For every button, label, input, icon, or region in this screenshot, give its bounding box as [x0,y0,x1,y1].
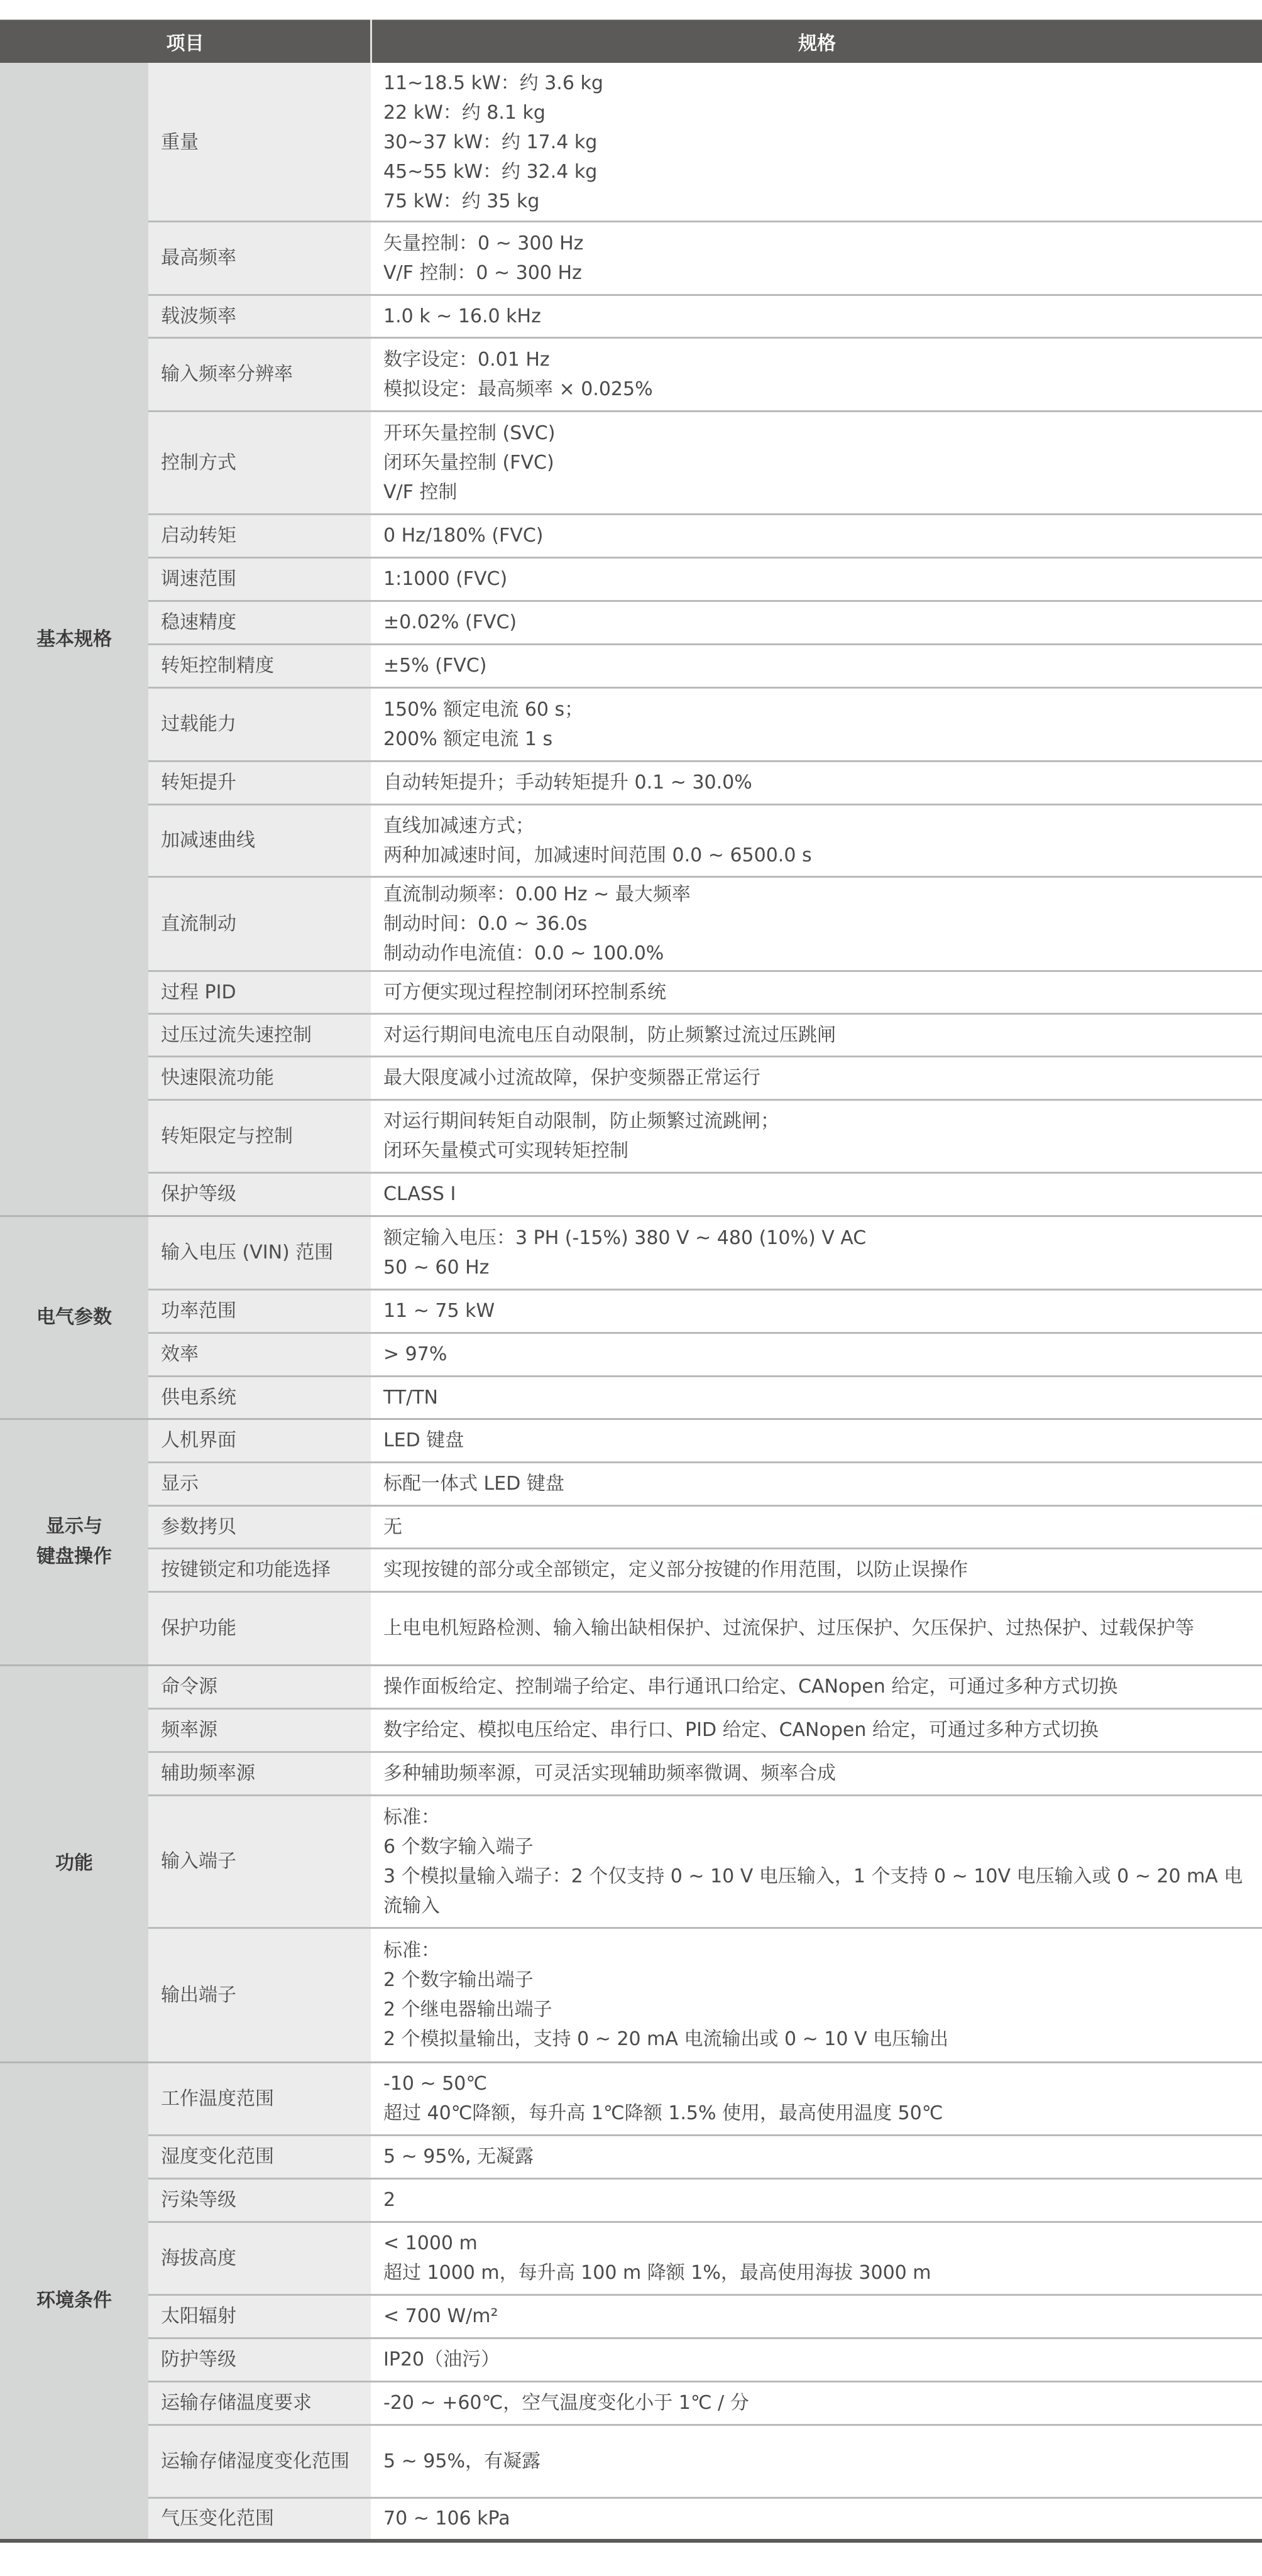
row-value: 11 ~ 75 kW [371,1289,1262,1333]
table-row: 输入电压 (VIN) 范围额定输入电压：3 PH (-15%) 380 V ~ … [148,1216,1262,1289]
row-value: ±0.02% (FVC) [371,601,1262,644]
row-label-text: 调速范围 [161,564,236,594]
row-label: 输入端子 [148,1795,371,1928]
row-value: LED 键盘 [371,1419,1262,1462]
row-label: 功率范围 [148,1289,371,1333]
row-label: 调速范围 [148,557,371,601]
table-row: 保护等级CLASS I [148,1172,1262,1216]
row-label-text: 海拔高度 [161,2244,236,2273]
table-row: 防护等级IP20（油污） [148,2338,1262,2381]
value-line: 75 kW：约 35 kg [383,187,1254,216]
row-value: 70 ~ 106 kPa [371,2497,1262,2539]
row-label: 输入频率分辨率 [148,337,371,411]
row-label-text: 转矩控制精度 [161,651,274,680]
row-label-text: 保护等级 [161,1179,236,1209]
row-value: 直流制动频率：0.00 Hz ~ 最大频率制动时间：0.0 ~ 36.0s制动动… [371,876,1262,971]
row-value: 对运行期间电流电压自动限制，防止频繁过流过压跳闸 [371,1013,1262,1056]
row-value: 额定输入电压：3 PH (-15%) 380 V ~ 480 (10%) V A… [371,1216,1262,1289]
value-line: 对运行期间电流电压自动限制，防止频繁过流过压跳闸 [383,1020,1254,1050]
value-line: 1:1000 (FVC) [383,564,1254,594]
table-row: 转矩限定与控制对运行期间转矩自动限制，防止频繁过流跳闸；闭环矢量模式可实现转矩控… [148,1100,1262,1172]
row-value: < 700 W/m² [371,2295,1262,2338]
row-label-text: 功率范围 [161,1296,236,1326]
table-row: 转矩提升自动转矩提升；手动转矩提升 0.1 ~ 30.0% [148,761,1262,804]
row-label: 防护等级 [148,2338,371,2381]
row-label: 太阳辐射 [148,2295,371,2338]
section-divider [0,1664,1262,1666]
table-row: 调速范围1:1000 (FVC) [148,557,1262,601]
row-label: 过程 PID [148,971,371,1013]
value-line: 1.0 k ~ 16.0 kHz [383,302,1254,331]
value-line: 开环矢量控制 (SVC) [383,418,1254,448]
table-row: 按键锁定和功能选择实现按键的部分或全部锁定，定义部分按键的作用范围，以防止误操作 [148,1548,1262,1591]
row-label-text: 快速限流功能 [161,1063,274,1093]
table-row: 工作温度范围-10 ~ 50℃超过 40℃降额，每升高 1℃降额 1.5% 使用… [148,2062,1262,2135]
section-category: 基本规格 [0,63,148,1216]
row-label-text: 参数拷贝 [161,1512,236,1542]
row-label-text: 重量 [161,128,199,157]
table-row: 效率> 97% [148,1333,1262,1376]
row-value: 直线加减速方式；两种加减速时间，加减速时间范围 0.0 ~ 6500.0 s [371,804,1262,876]
value-line: 5 ~ 95%, 无凝露 [383,2142,1254,2171]
row-value: 0 Hz/180% (FVC) [371,514,1262,557]
table-row: 过压过流失速控制对运行期间电流电压自动限制，防止频繁过流过压跳闸 [148,1013,1262,1056]
row-value: 无 [371,1505,1262,1548]
value-line: 超过 40℃降额，每升高 1℃降额 1.5% 使用，最高使用温度 50℃ [383,2098,1254,2128]
table-row: 输入端子标准：6 个数字输入端子3 个模拟量输入端子：2 个仅支持 0 ~ 10… [148,1795,1262,1928]
row-label: 控制方式 [148,411,371,514]
value-line: 自动转矩提升；手动转矩提升 0.1 ~ 30.0% [383,768,1254,797]
value-line: 操作面板给定、控制端子给定、串行通讯口给定、CANopen 给定，可通过多种方式… [383,1672,1254,1701]
row-value: IP20（油污） [371,2338,1262,2381]
row-label-text: 最高频率 [161,243,236,273]
row-label: 保护功能 [148,1591,371,1665]
value-line: 直流制动频率：0.00 Hz ~ 最大频率 [383,880,1254,909]
table-row: 运输存储湿度变化范围5 ~ 95%，有凝露 [148,2425,1262,2497]
row-label-text: 供电系统 [161,1383,236,1412]
header-spec: 规格 [372,19,1262,63]
row-value: 5 ~ 95%, 无凝露 [371,2135,1262,2178]
row-label: 供电系统 [148,1376,371,1419]
row-label-text: 气压变化范围 [161,2504,274,2533]
row-label-text: 工作温度范围 [161,2084,274,2114]
table-row: 最高频率矢量控制：0 ~ 300 HzV/F 控制：0 ~ 300 Hz [148,221,1262,295]
value-line: 上电电机短路检测、输入输出缺相保护、过流保护、过压保护、欠压保护、过热保护、过载… [383,1613,1254,1643]
value-line: ±5% (FVC) [383,651,1254,680]
value-line: 标准： [383,1936,1254,1965]
table-row: 过载能力150% 额定电流 60 s；200% 额定电流 1 s [148,687,1262,761]
section: 环境条件工作温度范围-10 ~ 50℃超过 40℃降额，每升高 1℃降额 1.5… [0,2062,1262,2539]
row-value: 最大限度减小过流故障，保护变频器正常运行 [371,1056,1262,1100]
row-label: 湿度变化范围 [148,2135,371,2178]
value-line: 5 ~ 95%，有凝露 [383,2447,1254,2476]
table-row: 功率范围11 ~ 75 kW [148,1289,1262,1333]
row-value: 5 ~ 95%，有凝露 [371,2425,1262,2497]
row-label: 重量 [148,63,371,221]
table-row: 保护功能上电电机短路检测、输入输出缺相保护、过流保护、过压保护、欠压保护、过热保… [148,1591,1262,1665]
table-row: 稳速精度±0.02% (FVC) [148,601,1262,644]
row-label: 命令源 [148,1665,371,1708]
row-label: 频率源 [148,1708,371,1752]
value-line: 可方便实现过程控制闭环控制系统 [383,978,1254,1007]
table-row: 频率源数字给定、模拟电压给定、串行口、PID 给定、CANopen 给定，可通过… [148,1708,1262,1752]
row-value: > 97% [371,1333,1262,1376]
row-label: 输出端子 [148,1928,371,2062]
row-value: CLASS I [371,1172,1262,1216]
row-label: 保护等级 [148,1172,371,1216]
row-label-text: 转矩提升 [161,768,236,797]
value-line: 2 [383,2185,1254,2215]
row-label: 转矩限定与控制 [148,1100,371,1172]
row-value: -20 ~ +60℃，空气温度变化小于 1℃ / 分 [371,2381,1262,2425]
section: 基本规格重量11~18.5 kW：约 3.6 kg22 kW：约 8.1 kg3… [0,63,1262,1216]
row-label: 输入电压 (VIN) 范围 [148,1216,371,1289]
row-label-text: 运输存储湿度变化范围 [161,2447,349,2476]
row-label: 转矩提升 [148,761,371,804]
value-line: 多种辅助频率源，可灵活实现辅助频率微调、频率合成 [383,1759,1254,1788]
value-line: 0 Hz/180% (FVC) [383,521,1254,550]
row-label-text: 载波频率 [161,302,236,331]
row-value: 数字给定、模拟电压给定、串行口、PID 给定、CANopen 给定，可通过多种方… [371,1708,1262,1752]
row-label-text: 频率源 [161,1715,217,1745]
value-line: 45~55 kW：约 32.4 kg [383,157,1254,187]
value-line: TT/TN [383,1383,1254,1412]
value-line: 50 ~ 60 Hz [383,1253,1254,1282]
value-line: 额定输入电压：3 PH (-15%) 380 V ~ 480 (10%) V A… [383,1223,1254,1253]
row-label: 快速限流功能 [148,1056,371,1100]
table-row: 载波频率1.0 k ~ 16.0 kHz [148,295,1262,337]
row-label: 启动转矩 [148,514,371,557]
value-line: 数字给定、模拟电压给定、串行口、PID 给定、CANopen 给定，可通过多种方… [383,1715,1254,1745]
value-line: 制动动作电流值：0.0 ~ 100.0% [383,939,1254,968]
value-line: 直线加减速方式； [383,811,1254,841]
value-line: -20 ~ +60℃，空气温度变化小于 1℃ / 分 [383,2388,1254,2418]
table-row: 输出端子标准：2 个数字输出端子2 个继电器输出端子2 个模拟量输出，支持 0 … [148,1928,1262,2062]
value-line: V/F 控制：0 ~ 300 Hz [383,258,1254,288]
row-label-text: 太阳辐射 [161,2301,236,2331]
value-line: 3 个模拟量输入端子：2 个仅支持 0 ~ 10 V 电压输入，1 个支持 0 … [383,1862,1254,1921]
row-label-text: 直流制动 [161,909,236,939]
row-label-text: 输出端子 [161,1980,236,2010]
row-label: 转矩控制精度 [148,644,371,687]
value-line: 无 [383,1512,1254,1542]
value-line: < 1000 m [383,2229,1254,2258]
value-line: CLASS I [383,1179,1254,1209]
table-row: 污染等级2 [148,2178,1262,2222]
row-value: 矢量控制：0 ~ 300 HzV/F 控制：0 ~ 300 Hz [371,221,1262,295]
row-value: TT/TN [371,1376,1262,1419]
value-line: 22 kW：约 8.1 kg [383,98,1254,128]
section: 电气参数输入电压 (VIN) 范围额定输入电压：3 PH (-15%) 380 … [0,1216,1262,1419]
row-value: 1:1000 (FVC) [371,557,1262,601]
section-category: 电气参数 [0,1216,148,1419]
row-label: 工作温度范围 [148,2062,371,2135]
table-row: 海拔高度< 1000 m超过 1000 m，每升高 100 m 降额 1%，最高… [148,2222,1262,2295]
row-label: 人机界面 [148,1419,371,1462]
value-line: 标配一体式 LED 键盘 [383,1469,1254,1498]
row-label-text: 按键锁定和功能选择 [161,1555,331,1585]
value-line: 闭环矢量模式可实现转矩控制 [383,1136,1254,1165]
row-value: 自动转矩提升；手动转矩提升 0.1 ~ 30.0% [371,761,1262,804]
table-row: 控制方式开环矢量控制 (SVC)闭环矢量控制 (FVC)V/F 控制 [148,411,1262,514]
value-line: 2 个继电器输出端子 [383,1995,1254,2024]
row-label: 载波频率 [148,295,371,337]
section-category: 功能 [0,1665,148,2062]
row-label-text: 输入端子 [161,1847,236,1876]
value-line: 30~37 kW：约 17.4 kg [383,128,1254,157]
table-row: 过程 PID可方便实现过程控制闭环控制系统 [148,971,1262,1013]
value-line: 200% 额定电流 1 s [383,724,1254,754]
section: 显示与 键盘操作人机界面LED 键盘显示标配一体式 LED 键盘参数拷贝无按键锁… [0,1419,1262,1665]
row-label: 按键锁定和功能选择 [148,1548,371,1591]
table-row: 辅助频率源多种辅助频率源，可灵活实现辅助频率微调、频率合成 [148,1752,1262,1795]
row-value: 对运行期间转矩自动限制，防止频繁过流跳闸；闭环矢量模式可实现转矩控制 [371,1100,1262,1172]
section-divider [0,1215,1262,1217]
row-label-text: 稳速精度 [161,608,236,637]
row-label-text: 启动转矩 [161,521,236,550]
header-item: 项目 [0,19,370,63]
section: 功能命令源操作面板给定、控制端子给定、串行通讯口给定、CANopen 给定，可通… [0,1665,1262,2062]
value-line: 超过 1000 m，每升高 100 m 降额 1%，最高使用海拔 3000 m [383,2258,1254,2288]
section-category: 显示与 键盘操作 [0,1419,148,1665]
row-label-text: 显示 [161,1469,199,1498]
section-divider [0,2061,1262,2063]
row-value: -10 ~ 50℃超过 40℃降额，每升高 1℃降额 1.5% 使用，最高使用温… [371,2062,1262,2135]
table-row: 输入频率分辨率数字设定：0.01 Hz模拟设定：最高频率 × 0.025% [148,337,1262,411]
row-label: 运输存储湿度变化范围 [148,2425,371,2497]
table-row: 气压变化范围70 ~ 106 kPa [148,2497,1262,2539]
row-label: 最高频率 [148,221,371,295]
row-label: 效率 [148,1333,371,1376]
row-value: 标准：2 个数字输出端子2 个继电器输出端子2 个模拟量输出，支持 0 ~ 20… [371,1928,1262,2062]
table-row: 启动转矩0 Hz/180% (FVC) [148,514,1262,557]
row-value: 多种辅助频率源，可灵活实现辅助频率微调、频率合成 [371,1752,1262,1795]
row-value: 操作面板给定、控制端子给定、串行通讯口给定、CANopen 给定，可通过多种方式… [371,1665,1262,1708]
table-row: 人机界面LED 键盘 [148,1419,1262,1462]
value-line: ±0.02% (FVC) [383,608,1254,637]
table-row: 转矩控制精度±5% (FVC) [148,644,1262,687]
row-label: 稳速精度 [148,601,371,644]
row-label-text: 命令源 [161,1672,217,1701]
table-row: 显示标配一体式 LED 键盘 [148,1462,1262,1505]
value-line: 2 个数字输出端子 [383,1965,1254,1995]
row-value: 实现按键的部分或全部锁定，定义部分按键的作用范围，以防止误操作 [371,1548,1262,1591]
row-value: 1.0 k ~ 16.0 kHz [371,295,1262,337]
value-line: 闭环矢量控制 (FVC) [383,448,1254,478]
value-line: 11 ~ 75 kW [383,1296,1254,1326]
value-line: 模拟设定：最高频率 × 0.025% [383,374,1254,404]
value-line: 矢量控制：0 ~ 300 Hz [383,229,1254,258]
value-line: < 700 W/m² [383,2301,1254,2331]
row-label-text: 输入频率分辨率 [161,359,293,389]
row-label-text: 人机界面 [161,1426,236,1455]
row-label: 运输存储温度要求 [148,2381,371,2425]
table-row: 直流制动直流制动频率：0.00 Hz ~ 最大频率制动时间：0.0 ~ 36.0… [148,876,1262,971]
table-row: 快速限流功能最大限度减小过流故障，保护变频器正常运行 [148,1056,1262,1100]
row-value: 2 [371,2178,1262,2222]
table-row: 湿度变化范围5 ~ 95%, 无凝露 [148,2135,1262,2178]
row-value: 开环矢量控制 (SVC)闭环矢量控制 (FVC)V/F 控制 [371,411,1262,514]
row-label-text: 运输存储温度要求 [161,2388,312,2418]
value-line: 最大限度减小过流故障，保护变频器正常运行 [383,1063,1254,1093]
table-row: 运输存储温度要求-20 ~ +60℃，空气温度变化小于 1℃ / 分 [148,2381,1262,2425]
table-bottom-border [0,2539,1262,2543]
row-value: 11~18.5 kW：约 3.6 kg22 kW：约 8.1 kg30~37 k… [371,63,1262,221]
row-label: 参数拷贝 [148,1505,371,1548]
value-line: IP20（油污） [383,2345,1254,2374]
row-label-text: 过压过流失速控制 [161,1020,312,1050]
value-line: 标准： [383,1803,1254,1832]
value-line: 制动时间：0.0 ~ 36.0s [383,909,1254,939]
row-value: 数字设定：0.01 Hz模拟设定：最高频率 × 0.025% [371,337,1262,411]
row-label: 过压过流失速控制 [148,1013,371,1056]
value-line: > 97% [383,1340,1254,1369]
value-line: 2 个模拟量输出，支持 0 ~ 20 mA 电流输出或 0 ~ 10 V 电压输… [383,2024,1254,2054]
value-line: -10 ~ 50℃ [383,2069,1254,2098]
value-line: LED 键盘 [383,1426,1254,1455]
row-label-text: 污染等级 [161,2185,236,2215]
row-value: 150% 额定电流 60 s；200% 额定电流 1 s [371,687,1262,761]
row-label-text: 加减速曲线 [161,826,255,855]
table-row: 参数拷贝无 [148,1505,1262,1548]
table-row: 重量11~18.5 kW：约 3.6 kg22 kW：约 8.1 kg30~37… [148,63,1262,221]
row-label: 气压变化范围 [148,2497,371,2539]
row-label-text: 保护功能 [161,1613,236,1643]
row-label-text: 转矩限定与控制 [161,1122,293,1151]
table-row: 命令源操作面板给定、控制端子给定、串行通讯口给定、CANopen 给定，可通过多… [148,1665,1262,1708]
row-value: ±5% (FVC) [371,644,1262,687]
row-value: 可方便实现过程控制闭环控制系统 [371,971,1262,1013]
section-divider [0,1418,1262,1420]
row-label: 直流制动 [148,876,371,971]
row-label-text: 效率 [161,1340,199,1369]
table-row: 加减速曲线直线加减速方式；两种加减速时间，加减速时间范围 0.0 ~ 6500.… [148,804,1262,876]
row-value: 上电电机短路检测、输入输出缺相保护、过流保护、过压保护、欠压保护、过热保护、过载… [371,1591,1262,1665]
row-label: 污染等级 [148,2178,371,2222]
row-value: < 1000 m超过 1000 m，每升高 100 m 降额 1%，最高使用海拔… [371,2222,1262,2295]
row-label: 过载能力 [148,687,371,761]
value-line: 数字设定：0.01 Hz [383,345,1254,374]
value-line: 对运行期间转矩自动限制，防止频繁过流跳闸； [383,1106,1254,1136]
row-label-text: 辅助频率源 [161,1759,255,1788]
row-label-text: 过载能力 [161,709,236,739]
value-line: 两种加减速时间，加减速时间范围 0.0 ~ 6500.0 s [383,841,1254,870]
row-label-text: 防护等级 [161,2345,236,2374]
row-label-text: 湿度变化范围 [161,2142,274,2171]
row-label: 辅助频率源 [148,1752,371,1795]
row-label-text: 输入电压 (VIN) 范围 [161,1238,333,1267]
row-label: 海拔高度 [148,2222,371,2295]
row-value: 标准：6 个数字输入端子3 个模拟量输入端子：2 个仅支持 0 ~ 10 V 电… [371,1795,1262,1928]
table-row: 供电系统TT/TN [148,1376,1262,1419]
value-line: 6 个数字输入端子 [383,1832,1254,1862]
row-label-text: 控制方式 [161,448,236,478]
value-line: 11~18.5 kW：约 3.6 kg [383,68,1254,98]
value-line: 实现按键的部分或全部锁定，定义部分按键的作用范围，以防止误操作 [383,1555,1254,1585]
value-line: 150% 额定电流 60 s； [383,695,1254,724]
value-line: V/F 控制 [383,478,1254,507]
value-line: 70 ~ 106 kPa [383,2504,1254,2533]
section-category: 环境条件 [0,2062,148,2539]
row-value: 标配一体式 LED 键盘 [371,1462,1262,1505]
row-label-text: 过程 PID [161,978,236,1007]
row-label: 显示 [148,1462,371,1505]
row-label: 加减速曲线 [148,804,371,876]
table-row: 太阳辐射< 700 W/m² [148,2295,1262,2338]
